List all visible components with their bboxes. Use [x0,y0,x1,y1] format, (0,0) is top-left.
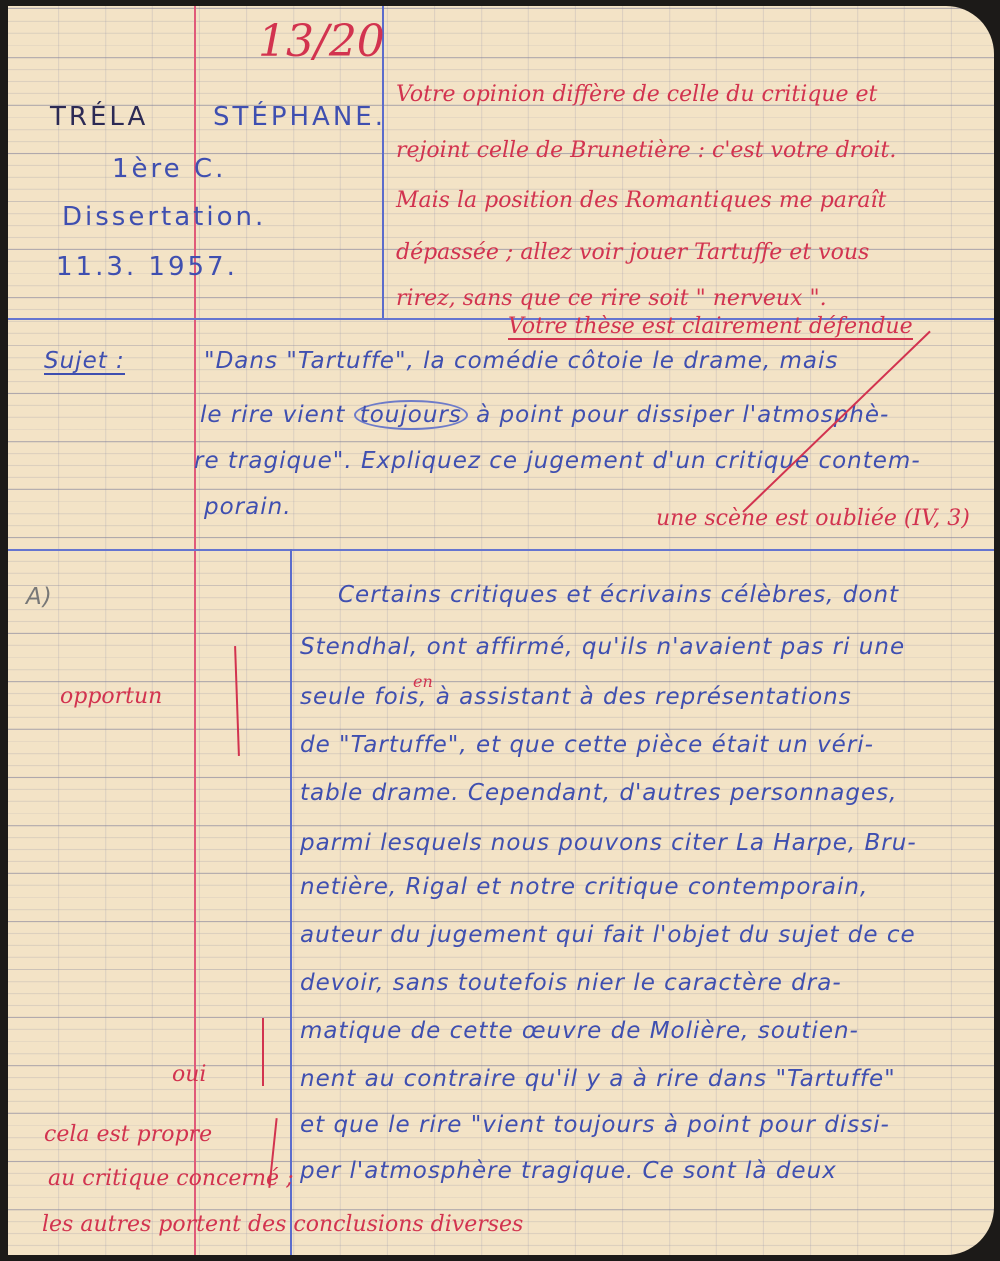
comment-line: Votre thèse est clairement défendue [508,316,913,340]
subject-line: porain. [204,496,292,519]
margin-mark [234,646,240,756]
essay-line: table drame. Cependant, d'autres personn… [300,782,897,805]
subject-line: "Dans "Tartuffe", la comédie côtoie le d… [204,350,838,373]
essay-line: per l'atmosphère tragique. Ce sont là de… [300,1160,837,1183]
essay-line: matique de cette œuvre de Molière, souti… [300,1020,859,1043]
subject-text: à point pour dissiper l'atmosphè- [476,402,889,428]
comment-line: dépassée ; allez voir jouer Tartuffe et … [396,242,869,264]
class-label: 1ère C. [112,156,226,182]
student-first-name: STÉPHANE. [213,104,386,130]
section-marker: A) [26,586,53,609]
subject-line: re tragique". Expliquez ce jugement d'un… [194,450,921,473]
essay-line: nent au contraire qu'il y a à rire dans … [300,1068,896,1091]
comment-line: rirez, sans que ce rire soit " nerveux "… [396,288,827,310]
grade: 13/20 [258,20,385,64]
essay-line: parmi lesquels nous pouvons citer La Har… [300,832,917,855]
assignment-type: Dissertation. [62,204,266,230]
comment-line: Votre opinion diffère de celle du critiq… [396,84,877,106]
margin-mark [262,1018,264,1086]
margin-note: opportun [60,686,162,708]
essay-line: devoir, sans toutefois nier le caractère… [300,972,842,995]
essay-line: Certains critiques et écrivains célèbres… [338,584,899,607]
notebook-page: 13/20 TRÉLA STÉPHANE. 1ère C. Dissertati… [8,6,994,1255]
subject-text: le rire vient [200,402,345,428]
essay-line: auteur du jugement qui fait l'objet du s… [300,924,916,947]
essay-line: netière, Rigal et notre critique contemp… [300,876,868,899]
student-last-name: TRÉLA [50,104,148,130]
circled-word: toujours [354,400,468,430]
comment-line: rejoint celle de Brunetière : c'est votr… [396,140,896,162]
subject-label: Sujet : [44,350,125,375]
essay-line: Stendhal, ont affirmé, qu'ils n'avaient … [300,636,905,659]
essay-line: de "Tartuffe", et que cette pièce était … [300,734,874,757]
essay-line: et que le rire "vient toujours à point p… [300,1114,890,1137]
margin-note: oui [172,1064,206,1086]
essay-margin-line [290,549,292,1255]
subject-separator-line [8,549,994,551]
margin-note: cela est propre [44,1124,212,1146]
essay-line: seule fois, à assistant à des représenta… [300,686,852,709]
margin-note: au critique concerné ; [48,1168,293,1190]
assignment-date: 11.3. 1957. [56,254,238,280]
subject-teacher-note: une scène est oubliée (IV, 3) [656,508,970,530]
comment-line: Mais la position des Romantiques me para… [396,190,886,212]
subject-line: le rire vient toujours à point pour diss… [200,404,889,427]
margin-note: les autres portent des conclusions diver… [42,1214,523,1236]
